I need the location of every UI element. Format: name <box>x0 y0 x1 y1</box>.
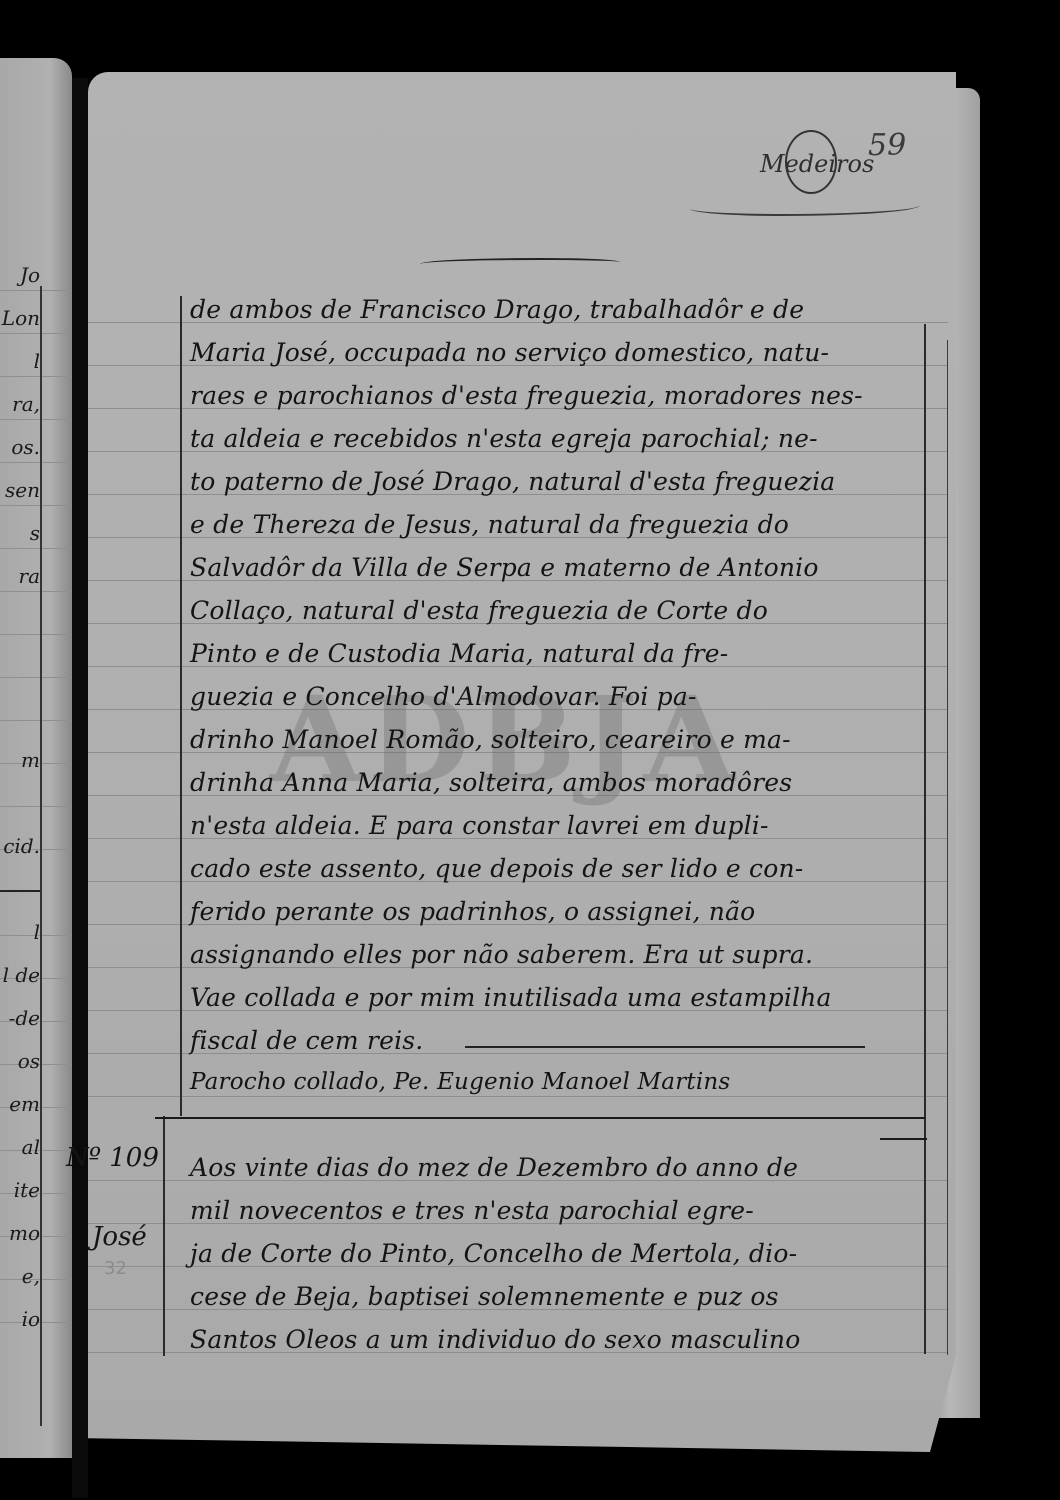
text-fragment: os. <box>0 435 40 459</box>
text-line: Vae collada e por mim inutilisada uma es… <box>190 983 930 1012</box>
text-line: assignando elles por não saberem. Era ut… <box>190 940 930 969</box>
rubric-signature: Medeiros <box>760 150 874 178</box>
text-fragment: sen <box>0 478 40 502</box>
margin-line <box>40 286 42 1426</box>
text-line: Salvadôr da Villa de Serpa e materno de … <box>190 553 930 582</box>
ruled-line <box>0 290 72 291</box>
pen-flourish <box>420 258 620 268</box>
text-line: cese de Beja, baptisei solemnemente e pu… <box>190 1282 930 1311</box>
text-line: fiscal de cem reis. <box>190 1026 930 1055</box>
text-fragment: Lon <box>0 306 40 330</box>
book-gutter <box>72 78 88 1498</box>
text-line: Aos vinte dias do mez de Dezembro do ann… <box>190 1153 930 1182</box>
text-line: raes e parochianos d'esta freguezia, mor… <box>190 381 930 410</box>
entry-divider <box>155 1117 925 1119</box>
ruled-line <box>0 462 72 463</box>
entry-divider-tail <box>880 1138 927 1140</box>
text-line: drinho Manoel Romão, solteiro, ceareiro … <box>190 725 930 754</box>
text-line: e de Thereza de Jesus, natural da fregue… <box>190 510 930 539</box>
ruled-line <box>0 505 72 506</box>
text-fragment: ra, <box>0 392 40 416</box>
text-fragment: l <box>0 920 40 944</box>
text-fragment: ite <box>0 1178 40 1202</box>
text-fragment: ra <box>0 564 40 588</box>
ruled-line <box>0 333 72 334</box>
text-fragment: cid. <box>0 834 40 858</box>
text-fragment: m <box>0 748 40 772</box>
entry-divider <box>0 890 40 892</box>
entry-number: Nº 109 <box>66 1143 159 1173</box>
ruled-line <box>0 634 72 635</box>
priest-signature: Parocho collado, Pe. Eugenio Manoel Mart… <box>190 1069 930 1095</box>
ruled-line <box>0 548 72 549</box>
text-fragment: e, <box>0 1264 40 1288</box>
left-margin-line <box>180 296 182 1116</box>
text-line: Pinto e de Custodia Maria, natural da fr… <box>190 639 930 668</box>
left-margin-line <box>163 1116 165 1356</box>
text-line: ferido perante os padrinhos, o assignei,… <box>190 897 930 926</box>
text-fragment: l de <box>0 963 40 987</box>
text-line: guezia e Concelho d'Almodovar. Foi pa- <box>190 682 930 711</box>
text-line: Santos Oleos a um individuo do sexo masc… <box>190 1325 930 1354</box>
ruled-line <box>88 1096 948 1097</box>
text-line: cado este assento, que depois de ser lid… <box>190 854 930 883</box>
pencil-annotation: 32 <box>104 1258 127 1279</box>
text-fragment: s <box>0 521 40 545</box>
text-line: to paterno de José Drago, natural d'esta… <box>190 467 930 496</box>
text-fragment: mo <box>0 1221 40 1245</box>
text-fragment: l <box>0 349 40 373</box>
ruled-line <box>0 419 72 420</box>
text-fragment: Jo <box>0 263 40 287</box>
ruled-line <box>0 376 72 377</box>
text-fragment: em <box>0 1092 40 1116</box>
right-margin-line-outer <box>947 340 948 1355</box>
ruled-line <box>0 677 72 678</box>
closing-line <box>465 1046 865 1048</box>
text-fragment: -de <box>0 1006 40 1030</box>
text-line: drinha Anna Maria, solteira, ambos morad… <box>190 768 930 797</box>
ruled-line <box>0 591 72 592</box>
text-fragment: al <box>0 1135 40 1159</box>
baptized-name: José <box>92 1222 147 1252</box>
ruled-line <box>0 806 72 807</box>
text-fragment: os <box>0 1049 40 1073</box>
text-line: Collaço, natural d'esta freguezia de Cor… <box>190 596 930 625</box>
text-line: mil novecentos e tres n'esta parochial e… <box>190 1196 930 1225</box>
text-line: Maria José, occupada no serviço domestic… <box>190 338 930 367</box>
left-page-fragment: Jo Lon l ra, os. sen s ra m cid. l l de … <box>0 58 72 1458</box>
text-line: de ambos de Francisco Drago, trabalhadôr… <box>190 295 930 324</box>
ruled-line <box>0 720 72 721</box>
text-line: ta aldeia e recebidos n'esta egreja paro… <box>190 424 930 453</box>
text-line: ja de Corte do Pinto, Concelho de Mertol… <box>190 1239 930 1268</box>
text-line: n'esta aldeia. E para constar lavrei em … <box>190 811 930 840</box>
text-fragment: io <box>0 1307 40 1331</box>
